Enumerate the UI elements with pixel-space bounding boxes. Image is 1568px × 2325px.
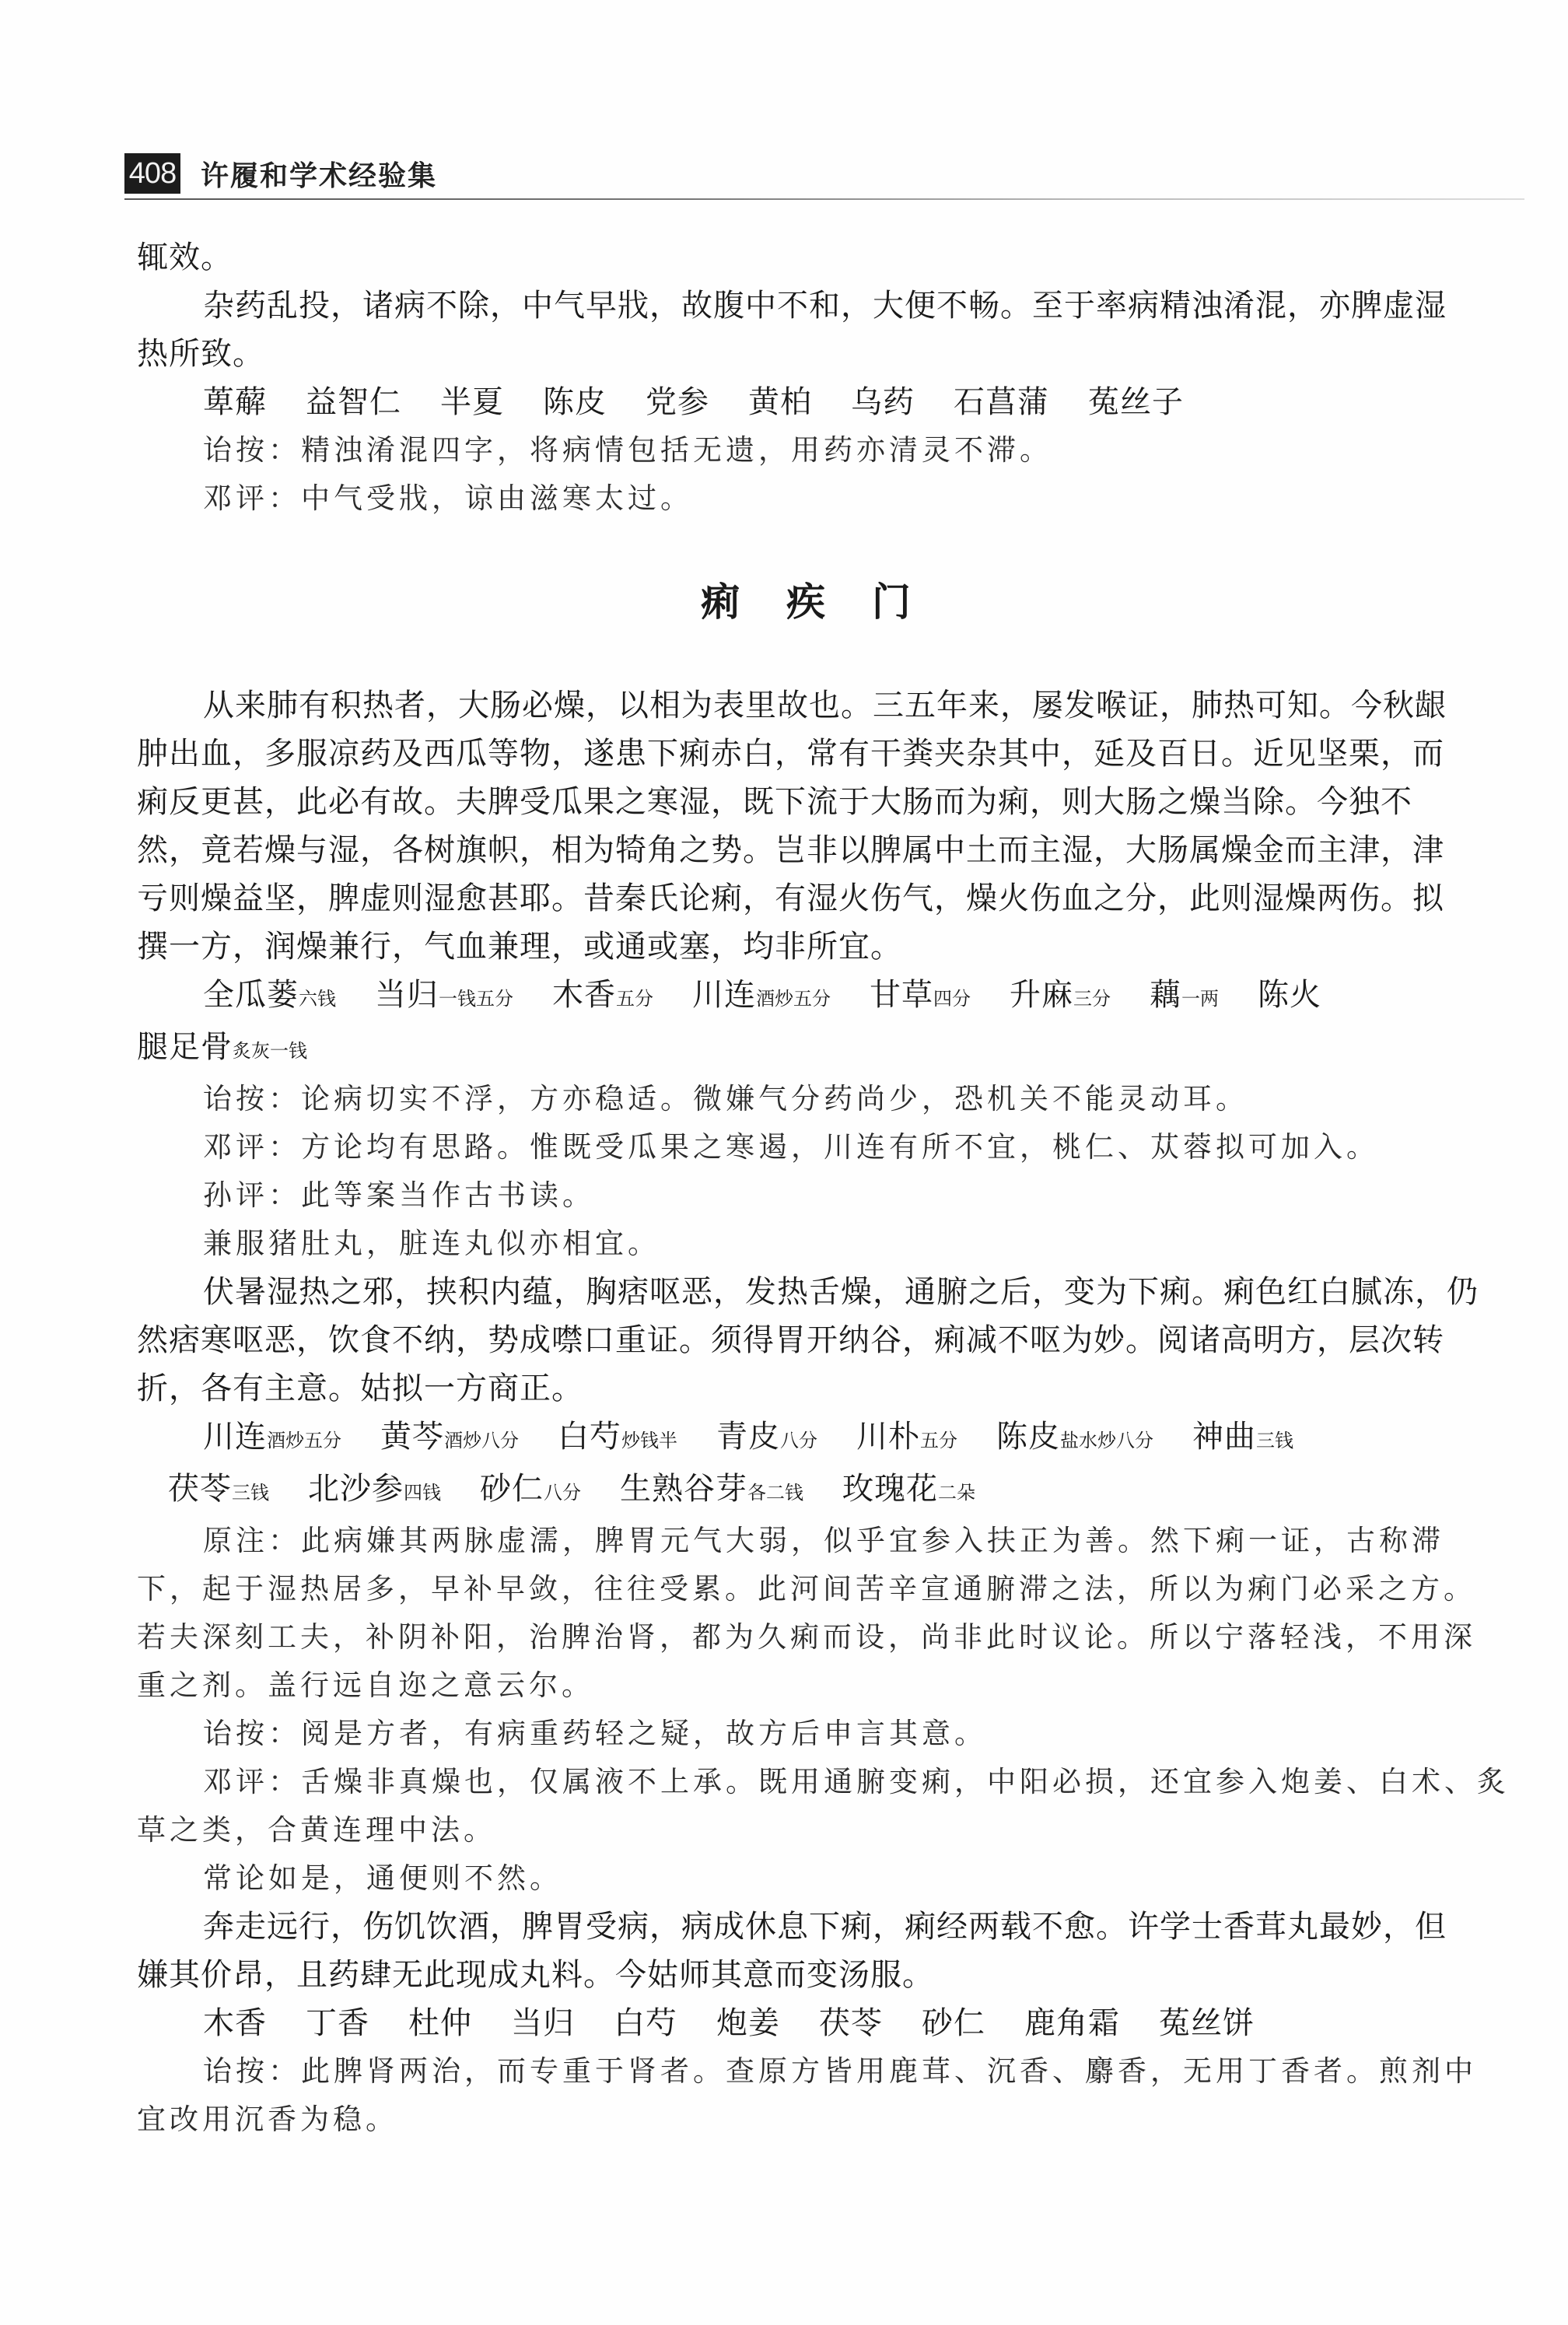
book-page: 408 许履和学术经验集 辄效。 杂药乱投，诸病不除，中气早戕，故腹中不和，大便…: [0, 0, 1568, 2325]
commentary-line: 诒按：此脾肾两治，而专重于肾者。查原方皆用鹿茸、沉香、麝香，无用丁香者。煎剂中: [137, 2047, 1475, 2096]
case-1: 从来肺有积热者，大肠必燥，以相为表里故也。三五年来，屡发喉证，肺热可知。今秋龈 …: [137, 681, 1475, 1268]
commentary-line: 下，起于湿热居多，早补早敛，往往受累。此河间苦辛宣通腑滞之法，所以为痢门必采之方…: [137, 1565, 1475, 1613]
body-line: 热所致。: [137, 330, 1475, 378]
herb: 白芍炒钱半: [558, 1413, 677, 1465]
body-line: 然，竟若燥与湿，各树旗帜，相为犄角之势。岂非以脾属中土而主湿，大肠属燥金而主津，…: [137, 826, 1475, 874]
herb: 藕一两: [1150, 971, 1219, 1023]
section-title: 痢疾门: [137, 571, 1475, 627]
page-body: 辄效。 杂药乱投，诸病不除，中气早戕，故腹中不和，大便不畅。至于率病精浊淆混，亦…: [137, 233, 1475, 2144]
herb: 丁香: [306, 1999, 369, 2047]
body-line: 痢反更甚，此必有故。夫脾受瓜果之寒湿，既下流于大肠而为痢，则大肠之燥当除。今独不: [137, 778, 1475, 826]
commentary-line: 诒按：阅是方者，有病重药轻之疑，故方后申言其意。: [137, 1710, 1475, 1758]
commentary-line: 诒按：精浊淆混四字，将病情包括无遗，用药亦清灵不滞。: [137, 426, 1475, 474]
herb: 陈皮: [543, 378, 607, 426]
commentary-line: 兼服猪肚丸，脏连丸似亦相宜。: [137, 1220, 1475, 1268]
herb: 当归: [511, 1999, 575, 2047]
herb: 川朴五分: [856, 1413, 957, 1465]
body-line: 折，各有主意。姑拟一方商正。: [137, 1364, 1475, 1413]
herb: 当归一钱五分: [375, 971, 513, 1023]
herb: 益智仁: [306, 378, 401, 426]
commentary-line: 常论如是，通便则不然。: [137, 1854, 1475, 1903]
commentary-line: 邓评：中气受戕，谅由滋寒太过。: [137, 474, 1475, 523]
herb: 茯苓: [819, 1999, 883, 2047]
herb: 砂仁: [922, 1999, 985, 2047]
header-rule: [124, 198, 1524, 200]
commentary-line: 若夫深刻工夫，补阴补阳，治脾治肾，都为久痢而设，尚非此时议论。所以宁落轻浅，不用…: [137, 1613, 1475, 1661]
prescription-line: 全瓜蒌六钱当归一钱五分木香五分川连酒炒五分甘草四分升麻三分藕一两陈火: [137, 971, 1475, 1023]
herb: 黄柏: [748, 378, 812, 426]
body-line: 然痞寒呕恶，饮食不纳，势成噤口重证。须得胃开纳谷，痢减不呕为妙。阅诸高明方，层次…: [137, 1316, 1475, 1364]
herb: 半夏: [440, 378, 504, 426]
herb: 陈皮盐水炒八分: [996, 1413, 1153, 1465]
running-header: 408 许履和学术经验集: [124, 150, 437, 197]
prescription-line: 腿足骨炙灰一钱: [137, 1023, 1475, 1075]
commentary-line: 邓评：方论均有思路。惟既受瓜果之寒遏，川连有所不宜，桃仁、苁蓉拟可加入。: [137, 1123, 1475, 1171]
herb: 炮姜: [716, 1999, 780, 2047]
commentary-line: 孙评：此等案当作古书读。: [137, 1171, 1475, 1220]
body-line: 撰一方，润燥兼行，气血兼理，或通或塞，均非所宜。: [137, 923, 1475, 971]
herb: 青皮八分: [716, 1413, 817, 1465]
body-line: 伏暑湿热之邪，挟积内蕴，胸痞呕恶，发热舌燥，通腑之后，变为下痢。痢色红白腻冻，仍: [137, 1268, 1475, 1316]
herb: 生熟谷芽各二钱: [620, 1465, 803, 1517]
commentary-line: 重之剂。盖行远自迩之意云尔。: [137, 1661, 1475, 1710]
book-title: 许履和学术经验集: [201, 154, 437, 194]
herb: 党参: [646, 378, 709, 426]
herb: 白芍: [614, 1999, 677, 2047]
herb: 黄芩酒炒八分: [380, 1413, 519, 1465]
body-line: 肿出血，多服凉药及西瓜等物，遂患下痢赤白，常有干粪夹杂其中，延及百日。近见坚栗，…: [137, 730, 1475, 778]
herb: 石菖蒲: [954, 378, 1049, 426]
body-line: 杂药乱投，诸病不除，中气早戕，故腹中不和，大便不畅。至于率病精浊淆混，亦脾虚湿: [137, 282, 1475, 330]
herb: 茯苓三钱: [168, 1465, 269, 1517]
body-line: 嫌其价昂，且药肆无此现成丸料。今姑师其意而变汤服。: [137, 1951, 1475, 1999]
herb: 乌药: [851, 378, 915, 426]
case-2: 伏暑湿热之邪，挟积内蕴，胸痞呕恶，发热舌燥，通腑之后，变为下痢。痢色红白腻冻，仍…: [137, 1268, 1475, 1903]
herb: 木香五分: [552, 971, 653, 1023]
commentary-line: 邓评：舌燥非真燥也，仅属液不上承。既用通腑变痢，中阳必损，还宜参入炮姜、白术、炙: [137, 1758, 1475, 1806]
herb: 川连酒炒五分: [692, 971, 831, 1023]
page-number: 408: [124, 153, 180, 194]
herb: 川连酒炒五分: [203, 1413, 341, 1465]
commentary-line: 宜改用沉香为稳。: [137, 2096, 1475, 2144]
commentary-line: 原注：此病嫌其两脉虚濡，脾胃元气大弱，似乎宜参入扶正为善。然下痢一证，古称滞: [137, 1517, 1475, 1565]
herb: 神曲三钱: [1192, 1413, 1293, 1465]
herb: 砂仁八分: [480, 1465, 581, 1517]
case-3: 奔走远行，伤饥饮酒，脾胃受病，病成休息下痢，痢经两载不愈。许学士香茸丸最妙，但 …: [137, 1903, 1475, 2144]
herb: 腿足骨炙灰一钱: [137, 1023, 307, 1075]
herb: 玫瑰花二朵: [842, 1465, 975, 1517]
herb: 北沙参四钱: [308, 1465, 441, 1517]
herb: 木香: [203, 1999, 267, 2047]
herb: 杜仲: [408, 1999, 472, 2047]
body-line: 亏则燥益坚，脾虚则湿愈甚耶。昔秦氏论痢，有湿火伤气，燥火伤血之分，此则湿燥两伤。…: [137, 874, 1475, 923]
continued-case: 辄效。 杂药乱投，诸病不除，中气早戕，故腹中不和，大便不畅。至于率病精浊淆混，亦…: [137, 233, 1475, 523]
herb: 萆薢: [203, 378, 267, 426]
commentary-line: 诒按：论病切实不浮，方亦稳适。微嫌气分药尚少，恐机关不能灵动耳。: [137, 1075, 1475, 1123]
prescription-line: 萆薢益智仁半夏陈皮党参黄柏乌药石菖蒲菟丝子: [137, 378, 1475, 426]
commentary-line: 草之类，合黄连理中法。: [137, 1806, 1475, 1854]
body-line: 从来肺有积热者，大肠必燥，以相为表里故也。三五年来，屡发喉证，肺热可知。今秋龈: [137, 681, 1475, 730]
herb: 陈火: [1258, 971, 1321, 1019]
prescription-line: 木香丁香杜仲当归白芍炮姜茯苓砂仁鹿角霜菟丝饼: [137, 1999, 1475, 2047]
herb: 甘草四分: [870, 971, 971, 1023]
herb: 升麻三分: [1010, 971, 1111, 1023]
prescription-line: 茯苓三钱北沙参四钱砂仁八分生熟谷芽各二钱玫瑰花二朵: [137, 1465, 1475, 1517]
herb: 菟丝子: [1088, 378, 1184, 426]
herb: 全瓜蒌六钱: [203, 971, 336, 1023]
herb: 鹿角霜: [1024, 1999, 1120, 2047]
body-line: 辄效。: [137, 233, 1475, 282]
prescription-line: 川连酒炒五分黄芩酒炒八分白芍炒钱半青皮八分川朴五分陈皮盐水炒八分神曲三钱: [137, 1413, 1475, 1465]
herb: 菟丝饼: [1159, 1999, 1255, 2047]
body-line: 奔走远行，伤饥饮酒，脾胃受病，病成休息下痢，痢经两载不愈。许学士香茸丸最妙，但: [137, 1903, 1475, 1951]
